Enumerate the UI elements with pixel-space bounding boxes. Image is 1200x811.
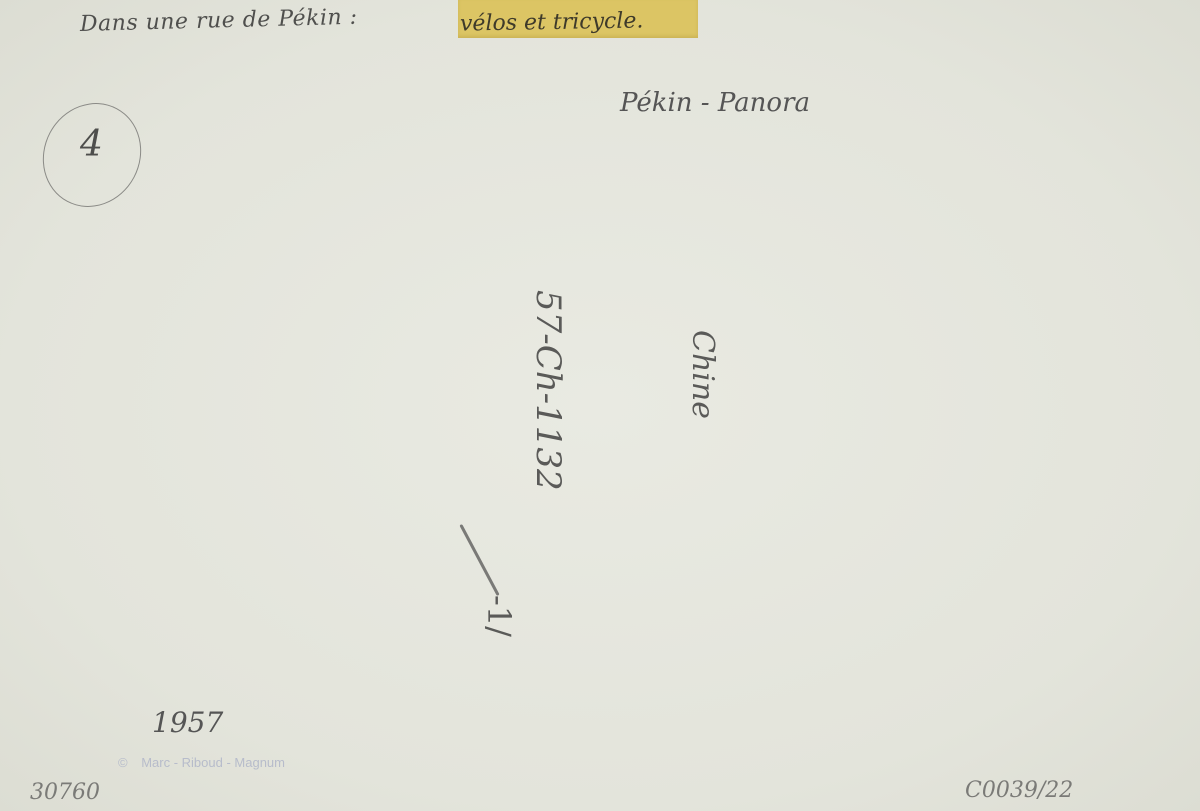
inventory-number-left: 30760 (30, 780, 100, 805)
vertical-country-label: Chine (685, 330, 720, 419)
vertical-mark: -1/ (480, 595, 518, 637)
copyright-icon: © (118, 755, 128, 770)
caption-tape-handwriting: vélos et tricycle. (460, 8, 644, 36)
photo-back-paper (0, 0, 1200, 811)
year-handwriting: 1957 (152, 706, 223, 739)
location-handwriting: Pékin - Panora (620, 88, 810, 118)
inventory-number-right: C0039/22 (965, 778, 1073, 803)
stamp-text: Marc - Riboud - Magnum (141, 755, 285, 770)
vertical-reference-code: 57-Ch-1132 (528, 290, 568, 491)
circled-number: 4 (80, 124, 103, 165)
copyright-stamp: © Marc - Riboud - Magnum (118, 755, 285, 770)
